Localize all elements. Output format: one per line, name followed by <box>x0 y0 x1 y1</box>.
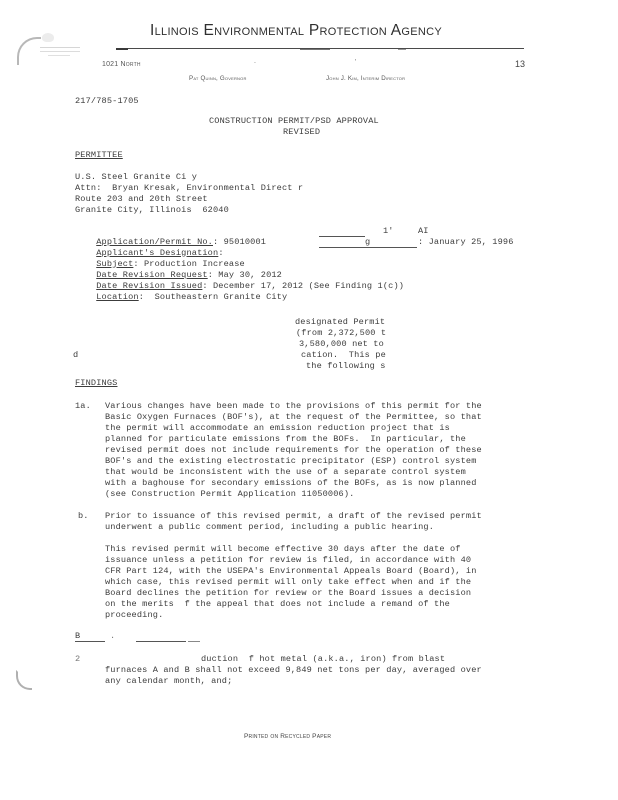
field-location-value: : Southeastern Granite City <box>139 292 288 302</box>
field-location-label: Location <box>96 292 138 302</box>
seal-arc-icon <box>17 37 41 65</box>
fragment-line-3: 3,580,000 net to <box>299 339 384 350</box>
permittee-city: Granite City, Illinois 62040 <box>75 205 229 216</box>
finding-1a-line: with a baghouse for secondary emissions … <box>105 478 477 489</box>
app-permit-fragment-1: 1' <box>383 226 394 237</box>
seal-emblem-icon <box>42 33 54 42</box>
finding-1a-line: Basic Oxygen Furnaces (BOF's), at the re… <box>105 412 482 423</box>
binding-mark-icon <box>16 670 32 690</box>
footer-recycled-paper: Printed on Recycled Paper <box>244 733 331 740</box>
finding-effective-line: CFR Part 124, with the USEPA's Environme… <box>105 566 477 577</box>
finding-effective-line: proceeding. <box>105 610 163 621</box>
permittee-street: Route 203 and 20th Street <box>75 194 208 205</box>
permittee-attention: Attn: Bryan Kresak, Environmental Direct… <box>75 183 303 194</box>
section-b-underline-2 <box>136 641 186 642</box>
finding-1a-line: revised permit does not include requirem… <box>105 445 482 456</box>
field-location: Location: Southeastern Granite City <box>75 281 287 313</box>
permittee-heading: PERMITTEE <box>75 150 123 161</box>
blank-line-1 <box>319 236 365 237</box>
agency-seal-logo <box>14 33 60 63</box>
finding-1a-line: the permit will accommodate an emission … <box>105 423 450 434</box>
agency-name: Illinois Environmental Protection Agency <box>150 22 442 40</box>
title-line-2: REVISED <box>283 127 320 138</box>
fragment-line-1: designated Permit <box>295 317 385 328</box>
designation-fragment: g <box>365 237 370 248</box>
finding-b-line: Prior to issuance of this revised permit… <box>105 511 482 522</box>
address-fragment: 1021 North <box>102 61 141 68</box>
findings-heading: FINDINGS <box>75 378 117 389</box>
fragment-left-char: d <box>73 350 78 361</box>
phone-number: 217/785-1705 <box>75 96 139 107</box>
finding-effective-line: Board declines the petition for review o… <box>105 588 471 599</box>
finding-effective-line: This revised permit will become effectiv… <box>105 544 461 555</box>
finding-b-marker: b. <box>78 511 89 522</box>
address-dot: . <box>254 58 256 65</box>
finding-effective-line: which case, this revised permit will onl… <box>105 577 471 588</box>
header-rule-accent-right <box>398 49 406 50</box>
seal-text-lines <box>40 47 80 56</box>
page-number-fragment: 13 <box>515 59 525 69</box>
director-name: John J. Kim, Interim Director <box>326 75 405 82</box>
header-rule-accent-left <box>116 48 128 50</box>
finding-1a-line: planned for particulate emissions from t… <box>105 434 466 445</box>
finding-1a-line: BOF's and the existing electrostatic pre… <box>105 456 477 467</box>
finding-1a-line: Various changes have been made to the pr… <box>105 401 482 412</box>
title-line-1: CONSTRUCTION PERMIT/PSD APPROVAL <box>209 116 379 127</box>
address-tick: ' <box>355 59 356 66</box>
condition-2-line: any calendar month, and; <box>105 676 232 687</box>
finding-effective-line: on the merits f the appeal that does not… <box>105 599 450 610</box>
header-rule-accent-mid <box>300 49 330 50</box>
section-b-underline-1 <box>75 641 105 642</box>
permittee-company: U.S. Steel Granite Ci y <box>75 172 197 183</box>
finding-1a-marker: 1a. <box>75 401 91 412</box>
section-b-underline-3 <box>188 641 200 642</box>
finding-effective-line: issuance unless a petition for review is… <box>105 555 471 566</box>
fragment-line-2: (from 2,372,500 t <box>296 328 386 339</box>
fragment-line-4: cation. This pe <box>301 350 386 361</box>
app-permit-fragment-2: AI <box>418 226 429 237</box>
condition-2-first-line: duction f hot metal (a.k.a., iron) from … <box>201 654 445 665</box>
condition-2-marker: 2 <box>75 654 80 665</box>
section-b-dot: . <box>110 631 115 642</box>
condition-2-line: furnaces A and B shall not exceed 9,849 … <box>105 665 482 676</box>
finding-1a-line: (see Construction Permit Application 110… <box>105 489 354 500</box>
governor-name: Pat Quinn, Governor <box>189 75 247 82</box>
finding-b-line: underwent a public comment period, inclu… <box>105 522 434 533</box>
finding-1a-line: that would be inconsistent with the use … <box>105 467 466 478</box>
designation-date: : January 25, 1996 <box>418 237 514 248</box>
section-b-marker: B <box>75 631 80 642</box>
fragment-line-5: the following s <box>306 361 386 372</box>
